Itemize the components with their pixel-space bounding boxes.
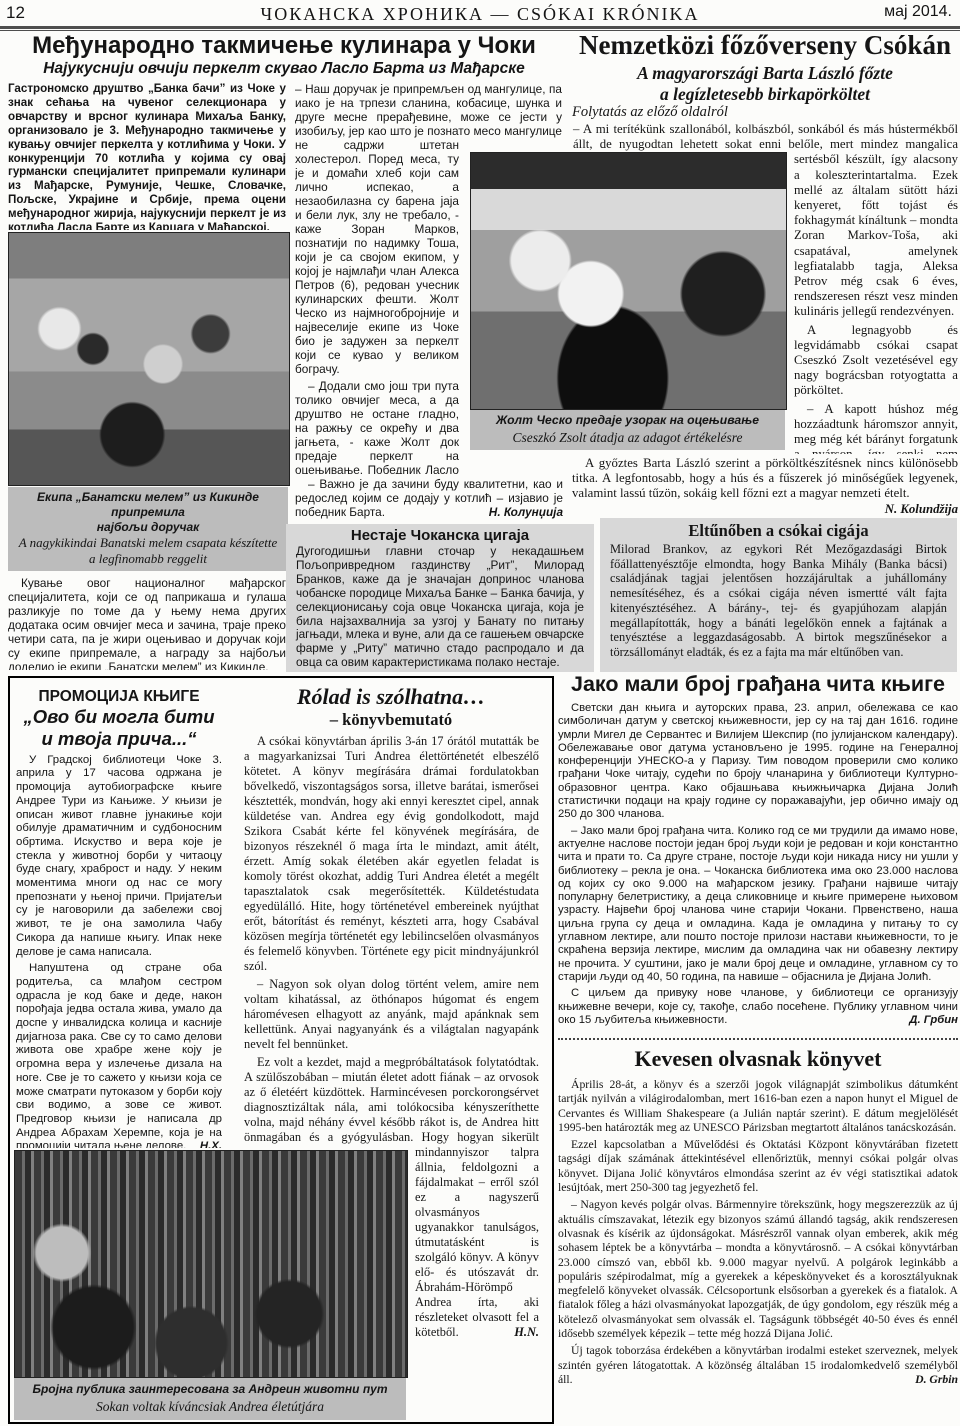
paragraph: – Nagyon kevés polgár olvas. Bármennyire… (558, 1198, 958, 1341)
caption-line: Sokan voltak kíváncsiak Andrea életútjár… (14, 1398, 406, 1416)
paragraph: Светски дан књига и ауторских права, 23.… (558, 702, 958, 822)
paragraph: Напуштена од стране оба родитеља, са мла… (16, 962, 222, 1148)
author-signature: N. Kolundžija (872, 502, 958, 516)
article-book-sr-column: ПРОМОЦИЈА КЊИГЕ „Ово би могла бити и тво… (16, 690, 222, 1148)
continuation-note: Folytatás az előző oldalról (572, 104, 958, 121)
paragraph: Кување овог националног мађарског специј… (8, 576, 286, 670)
infobox-body: Дугогодишњи главни сточар у некадашњем П… (296, 545, 584, 670)
author-signature: Н. Колунџија (476, 505, 563, 519)
author-signature: D. Grbin (902, 1373, 958, 1387)
photo-cooking-team (8, 232, 290, 486)
photo-cooking-team-caption: Екипа „Банатски мелем” из Кикинде припре… (8, 487, 288, 571)
photo-library-audience (14, 1150, 408, 1378)
article-reading-hu-body: Április 28-át, a könyv és a szerzői jogo… (558, 1078, 958, 1422)
article-cooking-hu-ending: A győztes Barta László szerint a pörkölt… (572, 456, 958, 516)
author-signature: Д. Грбин (896, 1014, 958, 1027)
caption-line: најбољи доручак (8, 520, 288, 535)
caption-line: A nagykikindai Banatski melem csapata ké… (8, 535, 288, 551)
newspaper-page: 12 ЧОКАНСКА ХРОНИКА — CSÓKAI KRÓNIKA мај… (0, 0, 960, 1426)
paragraph-text: Напуштена од стране оба родитеља, са мла… (16, 962, 222, 1148)
paragraph: – Важно је да зачини буду квалитетни, ка… (295, 477, 563, 519)
paragraph: Új tagok toborzása érdekében a könyvtárb… (558, 1344, 958, 1387)
article-cooking-hu-title: Nemzetközi főzőverseny Csókán (572, 30, 958, 61)
paragraph: Ezzel kapcsolatban a Művelődési és Oktat… (558, 1138, 958, 1195)
paragraph: A csókai könyvtárban április 3-án 17 órá… (243, 734, 539, 974)
infobox-title: Eltűnőben a csókai cigája (610, 521, 947, 541)
infobox-body: Milorad Brankov, az egykori Rét Mezőgazd… (610, 542, 947, 660)
caption-line: a legfinomabb reggelit (8, 551, 288, 567)
author-signature: Н.Х. (187, 1140, 222, 1148)
title-line: „Ово би могла бити (16, 706, 222, 728)
photo-library-audience-caption: Бројна публика заинтересована за Андреин… (14, 1378, 406, 1420)
article-book-hu-subtitle: – könyvbemutató (243, 709, 539, 730)
paragraph-text: A győztes Barta László szerint a pörkölt… (572, 456, 958, 500)
text-wrap-spacer (562, 82, 563, 150)
article-cooking-hu-column: – A mi terítékünk szallonából, kolbászbó… (572, 122, 958, 454)
paragraph: – Nagyon sok olyan dolog történt velem, … (243, 977, 539, 1052)
paragraph-text: Új tagok toborzása érdekében a könyvtárb… (558, 1344, 958, 1386)
paragraph: Április 28-át, a könyv és a szerzői jogo… (558, 1078, 958, 1135)
caption-line: Екипа „Банатски мелем” из Кикинде припре… (8, 490, 288, 520)
article-cooking-sr-subtitle: Најукуснији овчији перкелт скувао Ласло … (0, 60, 568, 78)
article-book-sr-title: „Ово би могла бити и твоја прича...“ (16, 706, 222, 750)
article-cooking-hu-subtitle: A magyarországi Barta László főzte (572, 63, 958, 84)
article-cooking-hu-subtitle: a legízletesebb birkapörköltet (572, 84, 958, 105)
author-signature: H.N. (501, 1325, 539, 1340)
article-reading-sr-body: Светски дан књига и ауторских права, 23.… (558, 702, 958, 1036)
infobox-cigaja-sr: Нестаје Чоканска цигаја Дугогодишњи глав… (286, 524, 594, 672)
paragraph: – Јако мали број грађана чита. Колико го… (558, 825, 958, 985)
paragraph: С циљем да привуку нове чланове, у библи… (558, 987, 958, 1027)
infobox-title: Нестаје Чоканска цигаја (296, 527, 584, 544)
article-cooking-sr-ending: – Важно је да зачини буду квалитетни, ка… (295, 477, 563, 521)
article-reading-hu-title: Kevesen olvasnak könyvet (558, 1046, 958, 1072)
infobox-cigaja-hu: Eltűnőben a csókai cigája Milorad Branko… (600, 518, 957, 672)
article-book-hu-title: Rólad is szólhatna… (243, 684, 539, 709)
article-cooking-sr-title: Међународно такмичење кулинара у Чоки (0, 32, 568, 60)
article-cooking-sr-paragraph: Кување овог националног мађарског специј… (8, 576, 286, 670)
article-reading-sr-title: Јако мали број грађана чита књиге (558, 672, 958, 697)
issue-date: мај 2014. (884, 3, 952, 21)
article-cooking-sr-lead: Гастрономско друштво „Банка бачи” из Чок… (8, 82, 286, 230)
paragraph: A győztes Barta László szerint a pörkölt… (572, 456, 958, 502)
paragraph: У Градској библиотеци Чоке 3. априла у 1… (16, 754, 222, 960)
masthead: ЧОКАНСКА ХРОНИКА — CSÓKAI KRÓNIKA (0, 4, 960, 25)
article-book-sr-kicker: ПРОМОЦИЈА КЊИГЕ (16, 690, 222, 704)
title-line: и твоја прича...“ (16, 728, 222, 750)
text-wrap-spacer (572, 158, 794, 454)
caption-line: Бројна публика заинтересована за Андреин… (14, 1380, 406, 1398)
dotted-divider (558, 1038, 958, 1040)
